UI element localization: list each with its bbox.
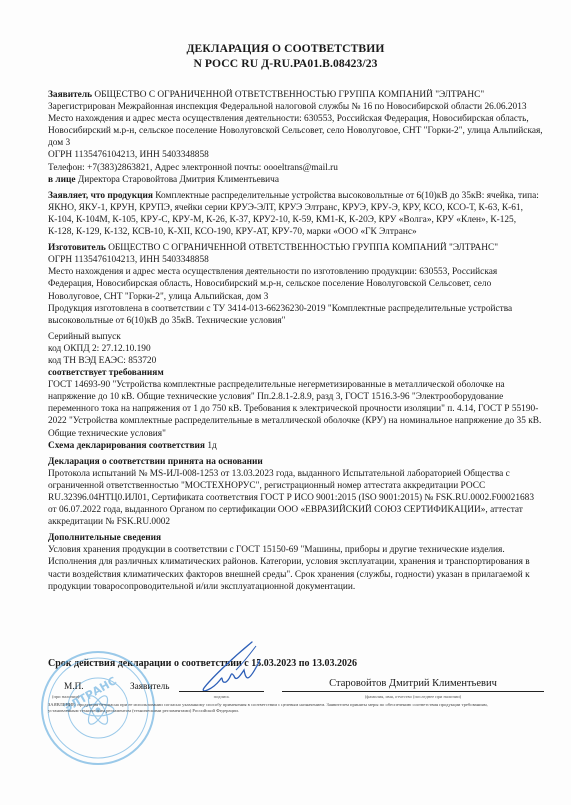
signature-line (179, 691, 264, 692)
seal-label: М.П. (64, 682, 84, 692)
applicant-section: Заявитель ОБЩЕСТВО С ОГРАНИЧЕННОЙ ОТВЕТС… (48, 89, 544, 101)
manufacturer-made-per: Продукция изготовлена в соответствии с Т… (48, 303, 544, 327)
signer-role: Заявитель (130, 682, 170, 692)
signature-caption: подпись (179, 694, 264, 699)
signature-block: М.П. (при наличии) Заявитель подпись Ста… (48, 674, 544, 704)
name-caption: (фамилия, имя, отчество (последнее при н… (282, 694, 544, 699)
applicant-representative: в лице Директора Старовойтова Дмитрия Кл… (48, 174, 544, 186)
basis-text: Протокола испытаний № MS-ИЛ-008-1253 от … (48, 468, 544, 528)
manufacturer-ogrn-inn: ОГРН 1135476104213, ИНН 5403348858 (48, 254, 544, 266)
declaration-page: ДЕКЛАРАЦИЯ О СООТВЕТСТВИИ N РОСС RU Д-RU… (0, 0, 571, 805)
scheme-value: 1д (207, 441, 216, 451)
name-line (282, 691, 544, 692)
applicant-label: Заявитель (48, 90, 92, 100)
additional-heading: Дополнительные сведения (48, 532, 544, 544)
applicant-name: ОБЩЕСТВО С ОГРАНИЧЕННОЙ ОТВЕТСТВЕННОСТЬЮ… (94, 90, 484, 100)
footnote-statement: ЗАЯВЛЕНИЕ: продукция безопасна при ее ис… (48, 702, 518, 714)
signer-full-name: Старовойтов Дмитрий Климентьевич (282, 678, 544, 689)
requirements-heading: соответствует требованиям (48, 367, 544, 379)
applicant-address: Место нахождения и адрес места осуществл… (48, 113, 544, 149)
seal-caption: (при наличии) (52, 694, 79, 699)
requirements-text: ГОСТ 14693-90 "Устройства комплектные ра… (48, 379, 544, 439)
product-section: Заявляет, что продукция Комплектные расп… (48, 190, 544, 238)
basis-heading: Декларация о соответствии принята на осн… (48, 456, 544, 468)
manufacturer-section: Изготовитель ОБЩЕСТВО С ОГРАНИЧЕННОЙ ОТВ… (48, 242, 544, 254)
applicant-registration: Зарегистрирован Межрайонная инспекция Фе… (48, 101, 544, 113)
manufacturer-label: Изготовитель (48, 243, 106, 253)
document-title: ДЕКЛАРАЦИЯ О СООТВЕТСТВИИ (0, 42, 571, 55)
manufacturer-address: Место нахождения и адрес места осуществл… (48, 266, 544, 302)
applicant-ogrn-inn: ОГРН 1135476104213, ИНН 5403348858 (48, 149, 544, 161)
document-body: Заявитель ОБЩЕСТВО С ОГРАНИЧЕННОЙ ОТВЕТС… (48, 89, 544, 593)
declaration-number: N РОСС RU Д-RU.РА01.В.08423/23 (0, 57, 571, 70)
serial-release: Серийный выпуск (48, 331, 544, 343)
product-label: Заявляет, что продукция (48, 191, 153, 201)
applicant-contacts: Телефон: +7(383)2863821, Адрес электронн… (48, 162, 544, 174)
represented-person: Директора Старовойтова Дмитрия Климентье… (78, 175, 279, 185)
additional-text: Условия хранения продукции в соответстви… (48, 544, 544, 592)
okpd-code: код ОКПД 2: 27.12.10.190 (48, 343, 544, 355)
represented-label: в лице (48, 175, 76, 185)
scheme-label: Схема декларирования соответствия (48, 441, 205, 451)
tnved-code: код ТН ВЭД ЕАЭС: 853720 (48, 355, 544, 367)
scheme-section: Схема декларирования соответствия 1д (48, 440, 544, 452)
manufacturer-name: ОБЩЕСТВО С ОГРАНИЧЕННОЙ ОТВЕТСТВЕННОСТЬЮ… (108, 243, 498, 253)
